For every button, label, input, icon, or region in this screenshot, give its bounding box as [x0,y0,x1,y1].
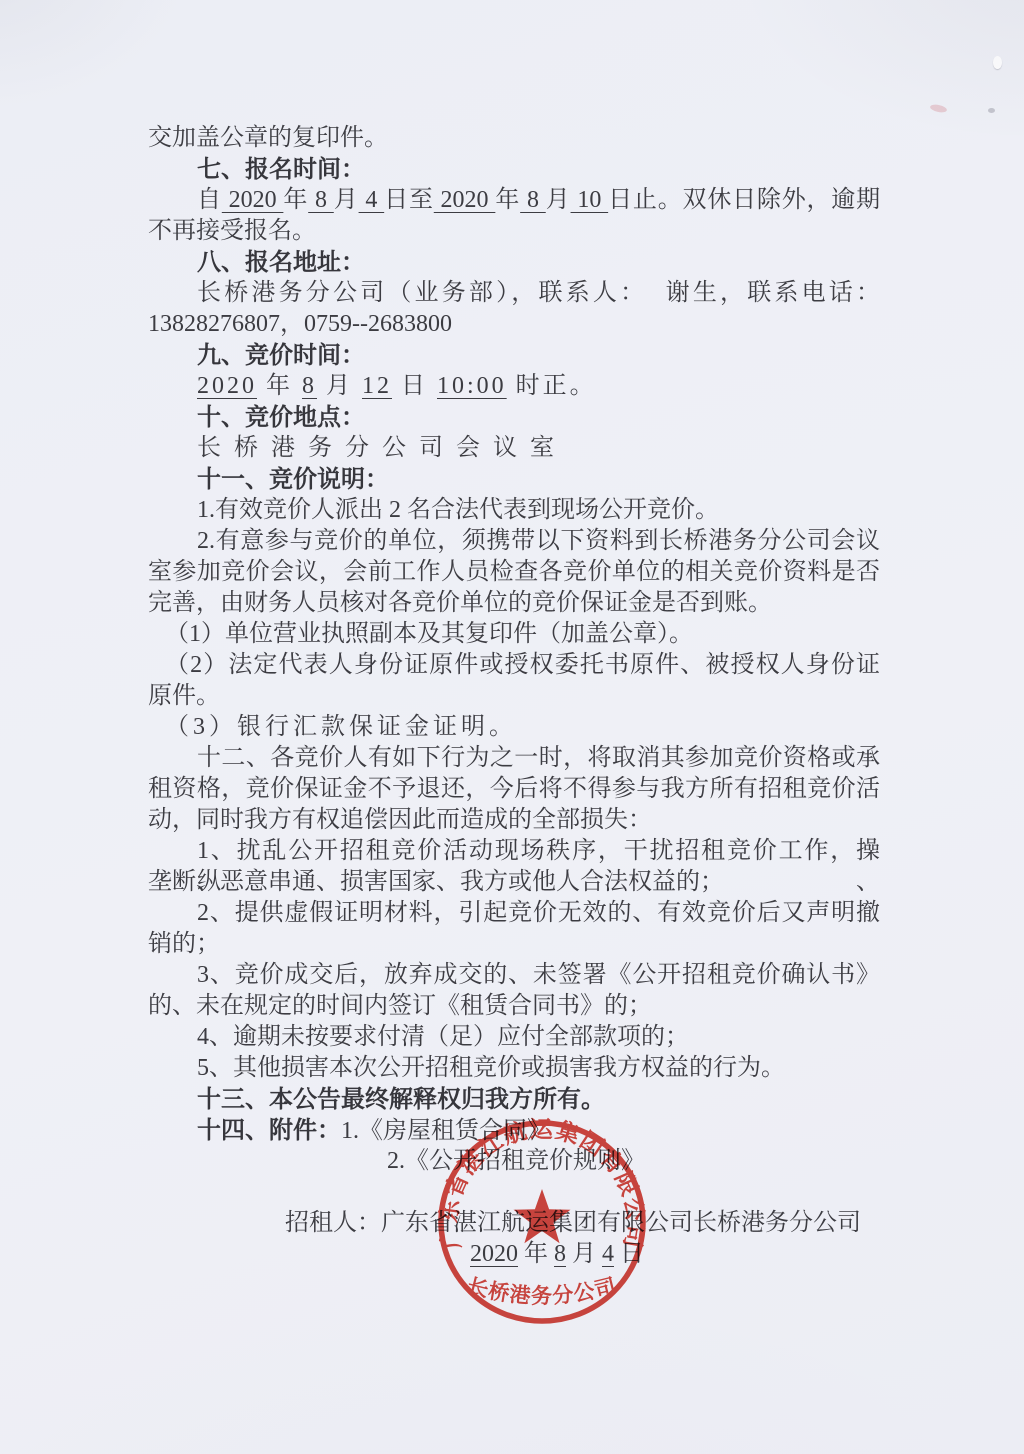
heading-text: 八、报名地址： [197,249,365,276]
body-text: 动，同时我方有权追偿因此而造成的全部损失： [148,807,652,833]
text-line: 交加盖公章的复印件。 [148,123,880,154]
body-text: 2、提供虚假证明材料，引起竞价无效的、有效竞价后又声明撤 [197,900,880,926]
body-text: 1.有效竞价人派出 2 名合法代表到现场公开竞价。 [197,497,719,523]
heading-text: 九、竞价时间： [197,342,365,369]
text-line: 2020 年 8 月 12 日 10:00 时正。 [197,371,880,402]
body-text: 不再接受报名。 [148,218,316,244]
body-text: 年 [283,187,308,213]
body-text: 日止。双休日除外，逾期 [608,187,880,213]
text-line: 的、未在规定的时间内签订《租赁合同书》的； [148,991,880,1022]
text-line: 完善，由财务人员核对各竞价单位的竞价保证金是否到账。 [148,588,880,619]
body-text: 自 [197,187,222,213]
text-line: 八、报名地址： [197,247,880,278]
text-line: （3）银行汇款保证金证明。 [165,712,880,743]
text-line: 十二、各竞价人有如下行为之一时，将取消其参加竞价资格或承 [197,743,880,774]
text-line: （2）法定代表人身份证原件或授权委托书原件、被授权人身份证 [165,650,880,681]
text-line: 2.有意参与竞价的单位，须携带以下资料到长桥港务分公司会议 [197,526,880,557]
body-text: 交加盖公章的复印件。 [148,125,388,151]
body-text: 13828276807，0759--2683800 [148,311,452,337]
body-text: 租资格，竞价保证金不予退还，今后将不得参与我方所有招租竞价活 [148,776,880,802]
text-line: 不再接受报名。 [148,216,880,247]
text-line: （1）单位营业执照副本及其复印件（加盖公章）。 [165,619,880,650]
body-text: 日 [392,373,437,399]
text-line: 1.有效竞价人派出 2 名合法代表到现场公开竞价。 [197,495,880,526]
text-line: 原件。 [148,681,880,712]
body-text: 的、未在规定的时间内签订《租赁合同书》的； [148,993,652,1019]
filled-blank: 4 [359,187,385,213]
text-line: 七、报名时间： [197,154,880,185]
body-text: 2.有意参与竞价的单位，须携带以下资料到长桥港务分公司会议 [197,528,880,554]
body-text: 年 [257,373,302,399]
paper-speck [929,103,947,113]
filled-blank: 2020 [434,187,496,213]
body-text: 垄断、恶意串通、损害国家、我方或他人合法权益的； [148,869,724,895]
body-text: 月 [546,187,571,213]
heading-text: 十一、竞价说明： [197,466,389,493]
body-text: 日至 [384,187,434,213]
text-line: 租资格，竞价保证金不予退还，今后将不得参与我方所有招租竞价活 [148,774,880,805]
text-line: 销的； [148,929,880,960]
text-line: 1、扰乱公开招租竞价活动现场秩序，干扰招租竞价工作，操纵、 [197,836,880,867]
document-page: 交加盖公章的复印件。七、报名时间：自 2020 年 8 月 4 日至 2020 … [0,0,1024,1454]
text-line: 十一、竞价说明： [197,464,880,495]
filled-blank: 2020 [197,373,257,399]
paper-speck [988,108,995,113]
body-text: （3）银行汇款保证金证明。 [165,714,517,740]
filled-blank: 8 [520,187,546,213]
body-text: 长桥港务分公司（业务部），联系人： 谢生，联系电话： [197,280,880,306]
text-line: 自 2020 年 8 月 4 日至 2020 年 8 月 10 日止。双休日除外… [197,185,880,216]
body-text: 5、其他损害本次公开招租竞价或损害我方权益的行为。 [197,1055,785,1081]
body-text: 完善，由财务人员核对各竞价单位的竞价保证金是否到账。 [148,590,772,616]
body-text: 月 [334,187,359,213]
filled-blank: 8 [302,373,317,399]
text-line: 长桥港务分公司（业务部），联系人： 谢生，联系电话： [197,278,880,309]
text-line: 十、竞价地点： [197,402,880,433]
company-seal: 广东省湛江航运集团有限公司 长桥港务分公司 [430,1116,654,1332]
heading-text: 十四、附件： [197,1117,341,1144]
body-text: 年 [495,187,520,213]
document-body: 交加盖公章的复印件。七、报名时间：自 2020 年 8 月 4 日至 2020 … [148,123,880,1270]
body-text: 4、逾期未按要求付清（足）应付全部款项的； [197,1024,689,1050]
body-text: 长桥港务分公司会议室 [197,435,567,461]
body-text: 时正。 [507,373,597,399]
body-text: （2）法定代表人身份证原件或授权委托书原件、被授权人身份证 [165,652,880,678]
filled-blank: 12 [362,373,392,399]
heading-text: 十三、本公告最终解释权归我方所有。 [197,1086,605,1113]
paper-speck [993,56,1002,69]
heading-text: 七、报名时间： [197,156,365,183]
filled-blank: 10 [571,187,609,213]
heading-text: 十、竞价地点： [197,404,365,431]
body-text: （1）单位营业执照副本及其复印件（加盖公章）。 [165,621,693,647]
text-line: 动，同时我方有权追偿因此而造成的全部损失： [148,805,880,836]
filled-blank: 10:00 [437,373,507,399]
body-text: 月 [317,373,362,399]
text-line: 3、竞价成交后，放弃成交的、未签署《公开招租竞价确认书》 [197,960,880,991]
text-line: 2、提供虚假证明材料，引起竞价无效的、有效竞价后又声明撤 [197,898,880,929]
text-line: 5、其他损害本次公开招租竞价或损害我方权益的行为。 [197,1053,880,1084]
text-line: 室参加竞价会议，会前工作人员检查各竞价单位的相关竞价资料是否 [148,557,880,588]
text-line: 十三、本公告最终解释权归我方所有。 [197,1084,880,1115]
company-seal-graphic: 广东省湛江航运集团有限公司 长桥港务分公司 [430,1116,654,1332]
text-line: 长桥港务分公司会议室 [197,433,880,464]
body-text: 室参加竞价会议，会前工作人员检查各竞价单位的相关竞价资料是否 [148,559,880,585]
seal-star-icon [514,1189,571,1243]
body-text: 3、竞价成交后，放弃成交的、未签署《公开招租竞价确认书》 [197,962,880,988]
body-text: 销的； [148,931,220,957]
body-text: 十二、各竞价人有如下行为之一时，将取消其参加竞价资格或承 [197,745,880,771]
text-line: 4、逾期未按要求付清（足）应付全部款项的； [197,1022,880,1053]
text-line: 13828276807，0759--2683800 [148,309,880,340]
text-line: 九、竞价时间： [197,340,880,371]
filled-blank: 8 [308,187,334,213]
body-text: 原件。 [148,683,220,709]
filled-blank: 2020 [222,187,284,213]
